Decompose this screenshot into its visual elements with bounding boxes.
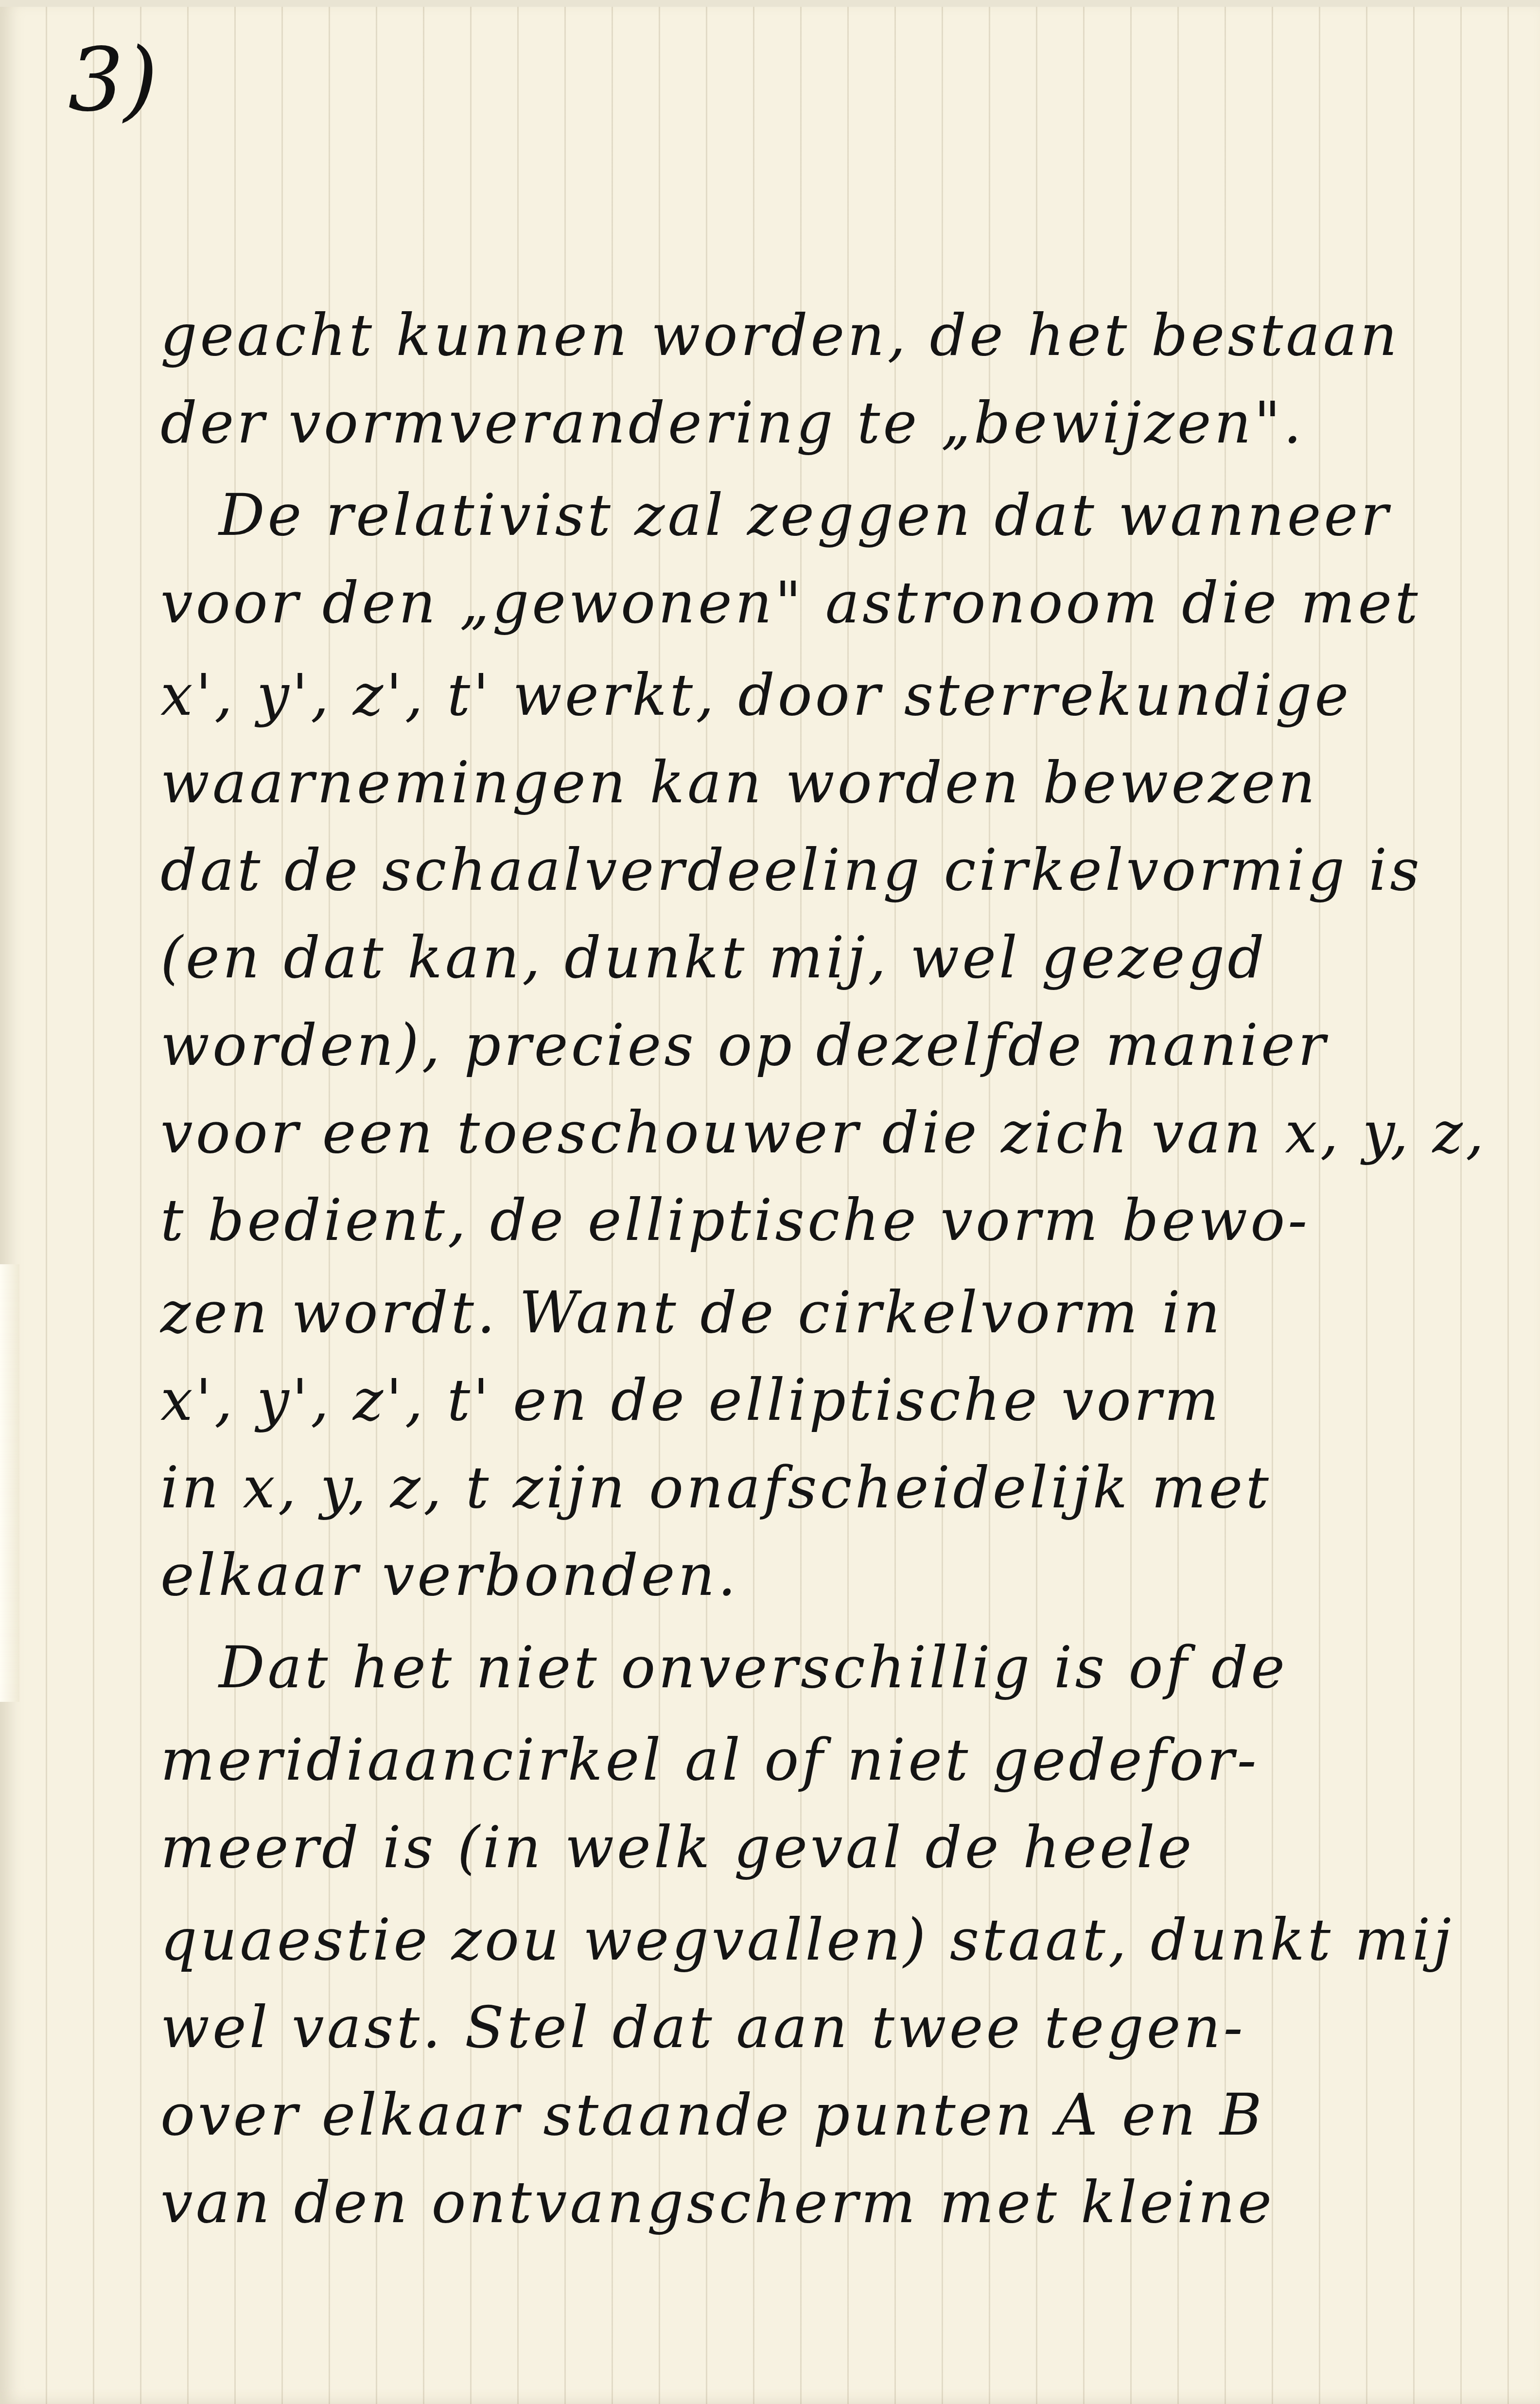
text-line: van den ontvangscherm met kleine: [160, 2169, 1275, 2236]
text-line: meridiaancirkel al of niet gedefor-: [160, 1726, 1260, 1793]
text-line: zen wordt. Want de cirkelvorm in: [160, 1279, 1223, 1346]
text-line: dat de schaalverdeeling cirkelvormig is: [160, 836, 1422, 903]
text-line: t bedient, de elliptische vorm bewo-: [160, 1186, 1310, 1254]
page-number: 3): [68, 29, 158, 131]
text-line: in x, y, z, t zijn onafscheidelijk met: [160, 1454, 1272, 1521]
text-line: meerd is (in welk geval de heele: [160, 1814, 1194, 1881]
manuscript-page: 3) geacht kunnen worden, de het bestaan …: [0, 0, 1540, 2404]
text-line: De relativist zal zeggen dat wanneer: [219, 481, 1391, 548]
text-line: waarnemingen kan worden bewezen: [160, 749, 1318, 816]
text-line: over elkaar staande punten A en B: [160, 2081, 1265, 2148]
text-line: elkaar verbonden.: [160, 1541, 739, 1609]
text-line: der vormverandering te „bewijzen".: [160, 389, 1304, 456]
paper-top-edge: [0, 0, 1540, 7]
text-line: (en dat kan, dunkt mij, wel gezegd: [160, 924, 1267, 991]
text-line: Dat het niet onverschillig is of de: [219, 1634, 1288, 1701]
text-line: quaestie zou wegvallen) staat, dunkt mij: [160, 1906, 1454, 1973]
text-line: geacht kunnen worden, de het bestaan: [160, 301, 1400, 369]
text-line: x', y', z', t' en de elliptische vorm: [160, 1366, 1222, 1433]
text-line: voor den „gewonen" astronoom die met: [160, 569, 1421, 636]
text-line: x', y', z', t' werkt, door sterrekundige: [160, 661, 1351, 728]
text-line: worden), precies op dezelfde manier: [160, 1011, 1328, 1078]
text-line: voor een toeschouwer die zich van x, y, …: [160, 1099, 1487, 1166]
paper-fold: [0, 1264, 19, 1702]
text-line: wel vast. Stel dat aan twee tegen-: [160, 1994, 1246, 2061]
